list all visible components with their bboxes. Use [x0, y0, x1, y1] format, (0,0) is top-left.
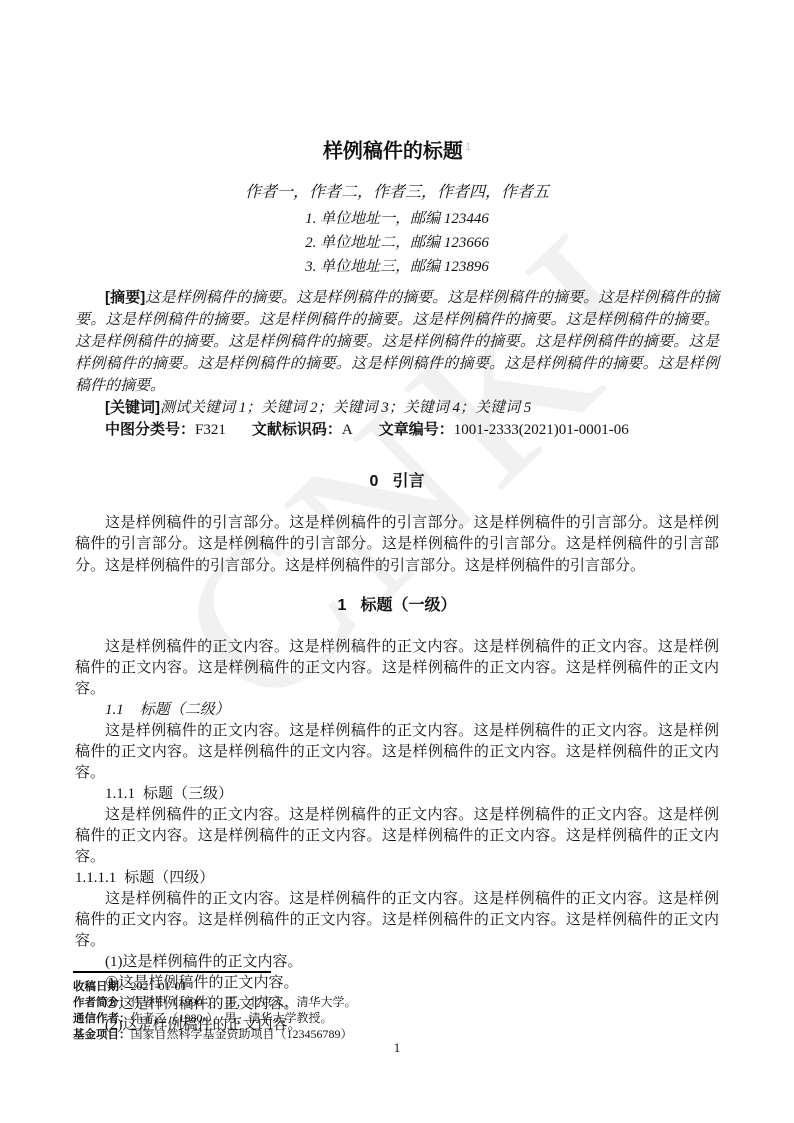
abstract-text: 这是样例稿件的摘要。这是样例稿件的摘要。这是样例稿件的摘要。这是样例稿件的摘要。… — [75, 290, 719, 394]
article-title: 样例稿件的标题1 — [75, 0, 719, 165]
footnote-block: 收稿日期：2021-01-01 作者简介：作者甲（1990-），男，北京人，清华… — [73, 971, 673, 1043]
clc-value: F321 — [195, 422, 226, 438]
received-date-label: 收稿日期： — [73, 981, 131, 993]
heading-level2: 1.1标题（二级） — [75, 700, 719, 721]
authors-line: 作者一，作者二，作者三，作者四，作者五 — [75, 181, 719, 205]
author-bio-value: 作者甲（1990-），男，北京人，清华大学。 — [131, 995, 357, 1009]
article-id-label: 文章编号： — [379, 421, 454, 438]
heading-intro-number: 0 — [370, 473, 379, 490]
footnote-separator-rule — [73, 971, 271, 973]
document-page: CNKI 样例稿件的标题1 作者一，作者二，作者三，作者四，作者五 1. 单位地… — [0, 0, 794, 1123]
heading-level4: 1.1.1.1标题（四级） — [75, 868, 719, 889]
body-paragraph-3: 这是样例稿件的正文内容。这是样例稿件的正文内容。这是样例稿件的正文内容。这是样例… — [75, 805, 719, 868]
footnote-author-bio: 作者简介：作者甲（1990-），男，北京人，清华大学。 — [73, 995, 673, 1011]
clc-label: 中图分类号： — [105, 421, 195, 438]
page-content: 样例稿件的标题1 作者一，作者二，作者三，作者四，作者五 1. 单位地址一，邮编… — [75, 0, 719, 1036]
funding-value: 国家自然科学基金资助项目（123456789） — [131, 1027, 353, 1041]
title-footnote-mark: 1 — [465, 141, 471, 153]
page-number: 1 — [0, 1040, 794, 1056]
heading-level2-number: 1.1 — [105, 702, 124, 718]
corresponding-author-label: 通信作者： — [73, 1013, 131, 1025]
affiliations: 1. 单位地址一，邮编 123446 2. 单位地址二，邮编 123666 3.… — [75, 207, 719, 279]
article-id-value: 1001-2333(2021)01-0001-06 — [454, 422, 629, 438]
body-paragraph-4: 这是样例稿件的正文内容。这是样例稿件的正文内容。这是样例稿件的正文内容。这是样例… — [75, 889, 719, 952]
intro-paragraph: 这是样例稿件的引言部分。这是样例稿件的引言部分。这是样例稿件的引言部分。这是样例… — [75, 513, 719, 578]
article-title-text: 样例稿件的标题 — [323, 141, 463, 163]
doc-code-label: 文献标识码： — [252, 421, 342, 438]
received-date-value: 2021-01-01 — [131, 979, 187, 993]
heading-level1-title: 标题（一级） — [360, 597, 456, 614]
heading-level2-title: 标题（二级） — [140, 702, 230, 718]
doc-code-value: A — [342, 422, 353, 438]
meta-line: 中图分类号：F321文献标识码：A文章编号：1001-2333(2021)01-… — [75, 419, 719, 441]
keywords-text: 测试关键词 1；关键词 2；关键词 3；关键词 4；关键词 5 — [160, 400, 531, 416]
affiliation-line-3: 3. 单位地址三，邮编 123896 — [75, 255, 719, 279]
body-paragraph-1: 这是样例稿件的正文内容。这是样例稿件的正文内容。这是样例稿件的正文内容。这是样例… — [75, 637, 719, 700]
keywords-label: [关键词] — [105, 399, 160, 416]
affiliation-line-2: 2. 单位地址二，邮编 123666 — [75, 231, 719, 255]
keywords-line: [关键词]测试关键词 1；关键词 2；关键词 3；关键词 4；关键词 5 — [75, 397, 719, 419]
corresponding-author-value: 作者乙（1980-），男，清华大学教授。 — [131, 1011, 333, 1025]
footnote-corresponding-author: 通信作者：作者乙（1980-），男，清华大学教授。 — [73, 1011, 673, 1027]
heading-level4-number: 1.1.1.1 — [75, 870, 116, 886]
footnote-received-date: 收稿日期：2021-01-01 — [73, 979, 673, 995]
heading-level3: 1.1.1标题（三级） — [75, 784, 719, 805]
list-marker: (1) — [105, 952, 123, 973]
list-item: (1)这是样例稿件的正文内容。 — [75, 952, 719, 973]
heading-level1: 1标题（一级） — [75, 593, 719, 619]
author-bio-label: 作者简介： — [73, 997, 131, 1009]
abstract-paragraph: [摘要]这是样例稿件的摘要。这是样例稿件的摘要。这是样例稿件的摘要。这是样例稿件… — [75, 287, 719, 397]
body-paragraph-2: 这是样例稿件的正文内容。这是样例稿件的正文内容。这是样例稿件的正文内容。这是样例… — [75, 721, 719, 784]
heading-level1-number: 1 — [338, 597, 347, 614]
abstract-label: [摘要] — [105, 289, 145, 306]
heading-level3-title: 标题（三级） — [143, 786, 233, 802]
heading-intro-title: 引言 — [392, 473, 424, 490]
affiliation-line-1: 1. 单位地址一，邮编 123446 — [75, 207, 719, 231]
heading-level4-title: 标题（四级） — [124, 870, 214, 886]
list-item-text: 这是样例稿件的正文内容。 — [123, 954, 303, 970]
heading-level3-number: 1.1.1 — [105, 786, 135, 802]
heading-intro: 0引言 — [75, 469, 719, 495]
